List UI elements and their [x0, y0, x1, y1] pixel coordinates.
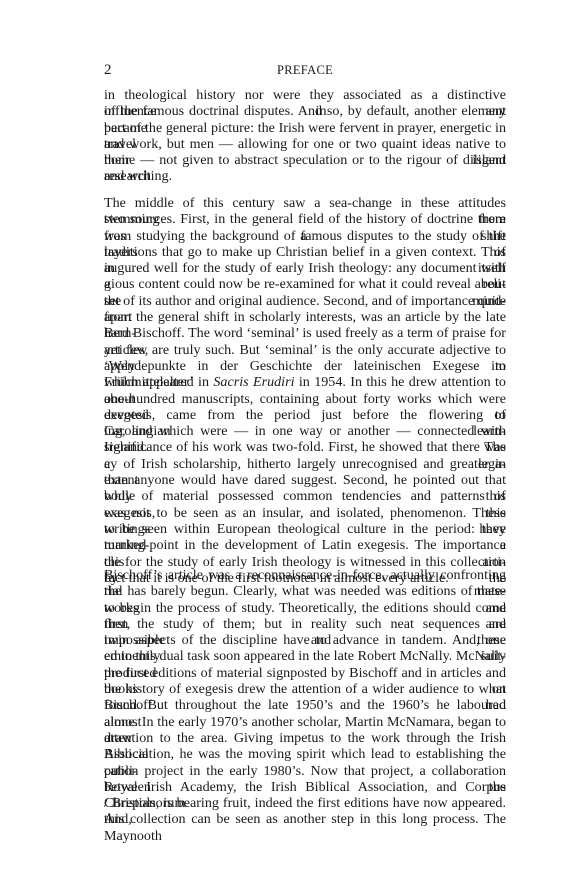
text-line: set of its author and original audience.…	[104, 293, 506, 309]
text-line: and writing.	[104, 168, 506, 184]
paragraph-2: The middle of this century saw a sea-cha…	[104, 195, 506, 586]
running-title: PREFACE	[104, 63, 506, 78]
text-line: then the study of them; but in reality s…	[104, 616, 506, 632]
text-line: attention to the area. Giving impetus to…	[104, 730, 506, 746]
text-line: ‘Wendepunkte in der Geschichte der latei…	[104, 358, 506, 374]
text-line: hard Bischoff. The word ‘seminal’ is use…	[104, 325, 506, 341]
text-line: gious content could now be re-examined f…	[104, 276, 506, 292]
text-line: cation project in the early 1980’s. Now …	[104, 763, 506, 779]
text-line: found. But throughout the late 1950’s an…	[104, 697, 506, 713]
text-line: ed to this dual task soon appeared in th…	[104, 648, 506, 664]
text-line: Royal Irish Academy, the Irish Biblical …	[104, 779, 506, 795]
running-head: 2 PREFACE	[104, 62, 506, 80]
text-line: rial has barely begun. Clearly, what was…	[104, 583, 506, 599]
text-line: Association, he was the moving spirit wh…	[104, 746, 506, 762]
text-line: cy of Irish scholarship, hitherto largel…	[104, 456, 506, 472]
text-line: the first editions of material signposte…	[104, 665, 506, 681]
text-line: from the general shift in scholarly inte…	[104, 309, 506, 325]
text-line: augured well for the study of early Iris…	[104, 260, 506, 276]
text-line: part of the general picture: the Irish w…	[104, 120, 506, 136]
paragraph-1: in theological history nor were they ass…	[104, 87, 506, 185]
text-line: which appeared in Sacris Erudiri in 1954…	[104, 374, 506, 390]
text-line: significance of his work was two-fold. F…	[104, 439, 506, 455]
text-line: from studying the background of famous d…	[104, 228, 506, 244]
text-line: turning-point in the development of Lati…	[104, 537, 506, 553]
text-line: than anyone would have dared suggest. Se…	[104, 472, 506, 488]
text-line: and work, but men — allowing for one or …	[104, 136, 506, 152]
text-line: twin aspects of the discipline have to a…	[104, 632, 506, 648]
text-line: in theological history nor were they ass…	[104, 87, 506, 103]
text-line: / Brepols, is bearing fruit, indeed the …	[104, 795, 506, 811]
text-line: exegesis, came from the period just befo…	[104, 407, 506, 423]
text-line: alone. In the early 1970’s another schol…	[104, 714, 506, 730]
text-line: home — not given to abstract speculation…	[104, 152, 506, 168]
text-line: to be seen within European theological c…	[104, 521, 506, 537]
text-line: ing, and which were — in one way or anot…	[104, 423, 506, 439]
italic-title: Sacris Erudiri	[213, 374, 294, 390]
paragraph-3: Bischoff’s article was a reconnaissance-…	[104, 567, 506, 828]
text-line: traditions that go to make up Christian …	[104, 244, 506, 260]
text-line: yet few are truly such. But ‘seminal’ is…	[104, 342, 506, 358]
text-line: to begin the process of study. Theoretic…	[104, 600, 506, 616]
text-line: body of material possessed common tenden…	[104, 488, 506, 504]
text-line: two sources. First, in the general field…	[104, 211, 506, 227]
text-line: one-hundred manuscripts, containing abou…	[104, 391, 506, 407]
text-line: was not to be seen as an insular, and is…	[104, 505, 506, 521]
text-line: The middle of this century saw a sea-cha…	[104, 195, 506, 211]
text-line: Bischoff’s article was a reconnaissance-…	[104, 567, 506, 583]
text-line: this collection can be seen as another s…	[104, 811, 506, 827]
text-line: of the famous doctrinal disputes. And so…	[104, 103, 506, 119]
text-line: the history of exegesis drew the attenti…	[104, 681, 506, 697]
